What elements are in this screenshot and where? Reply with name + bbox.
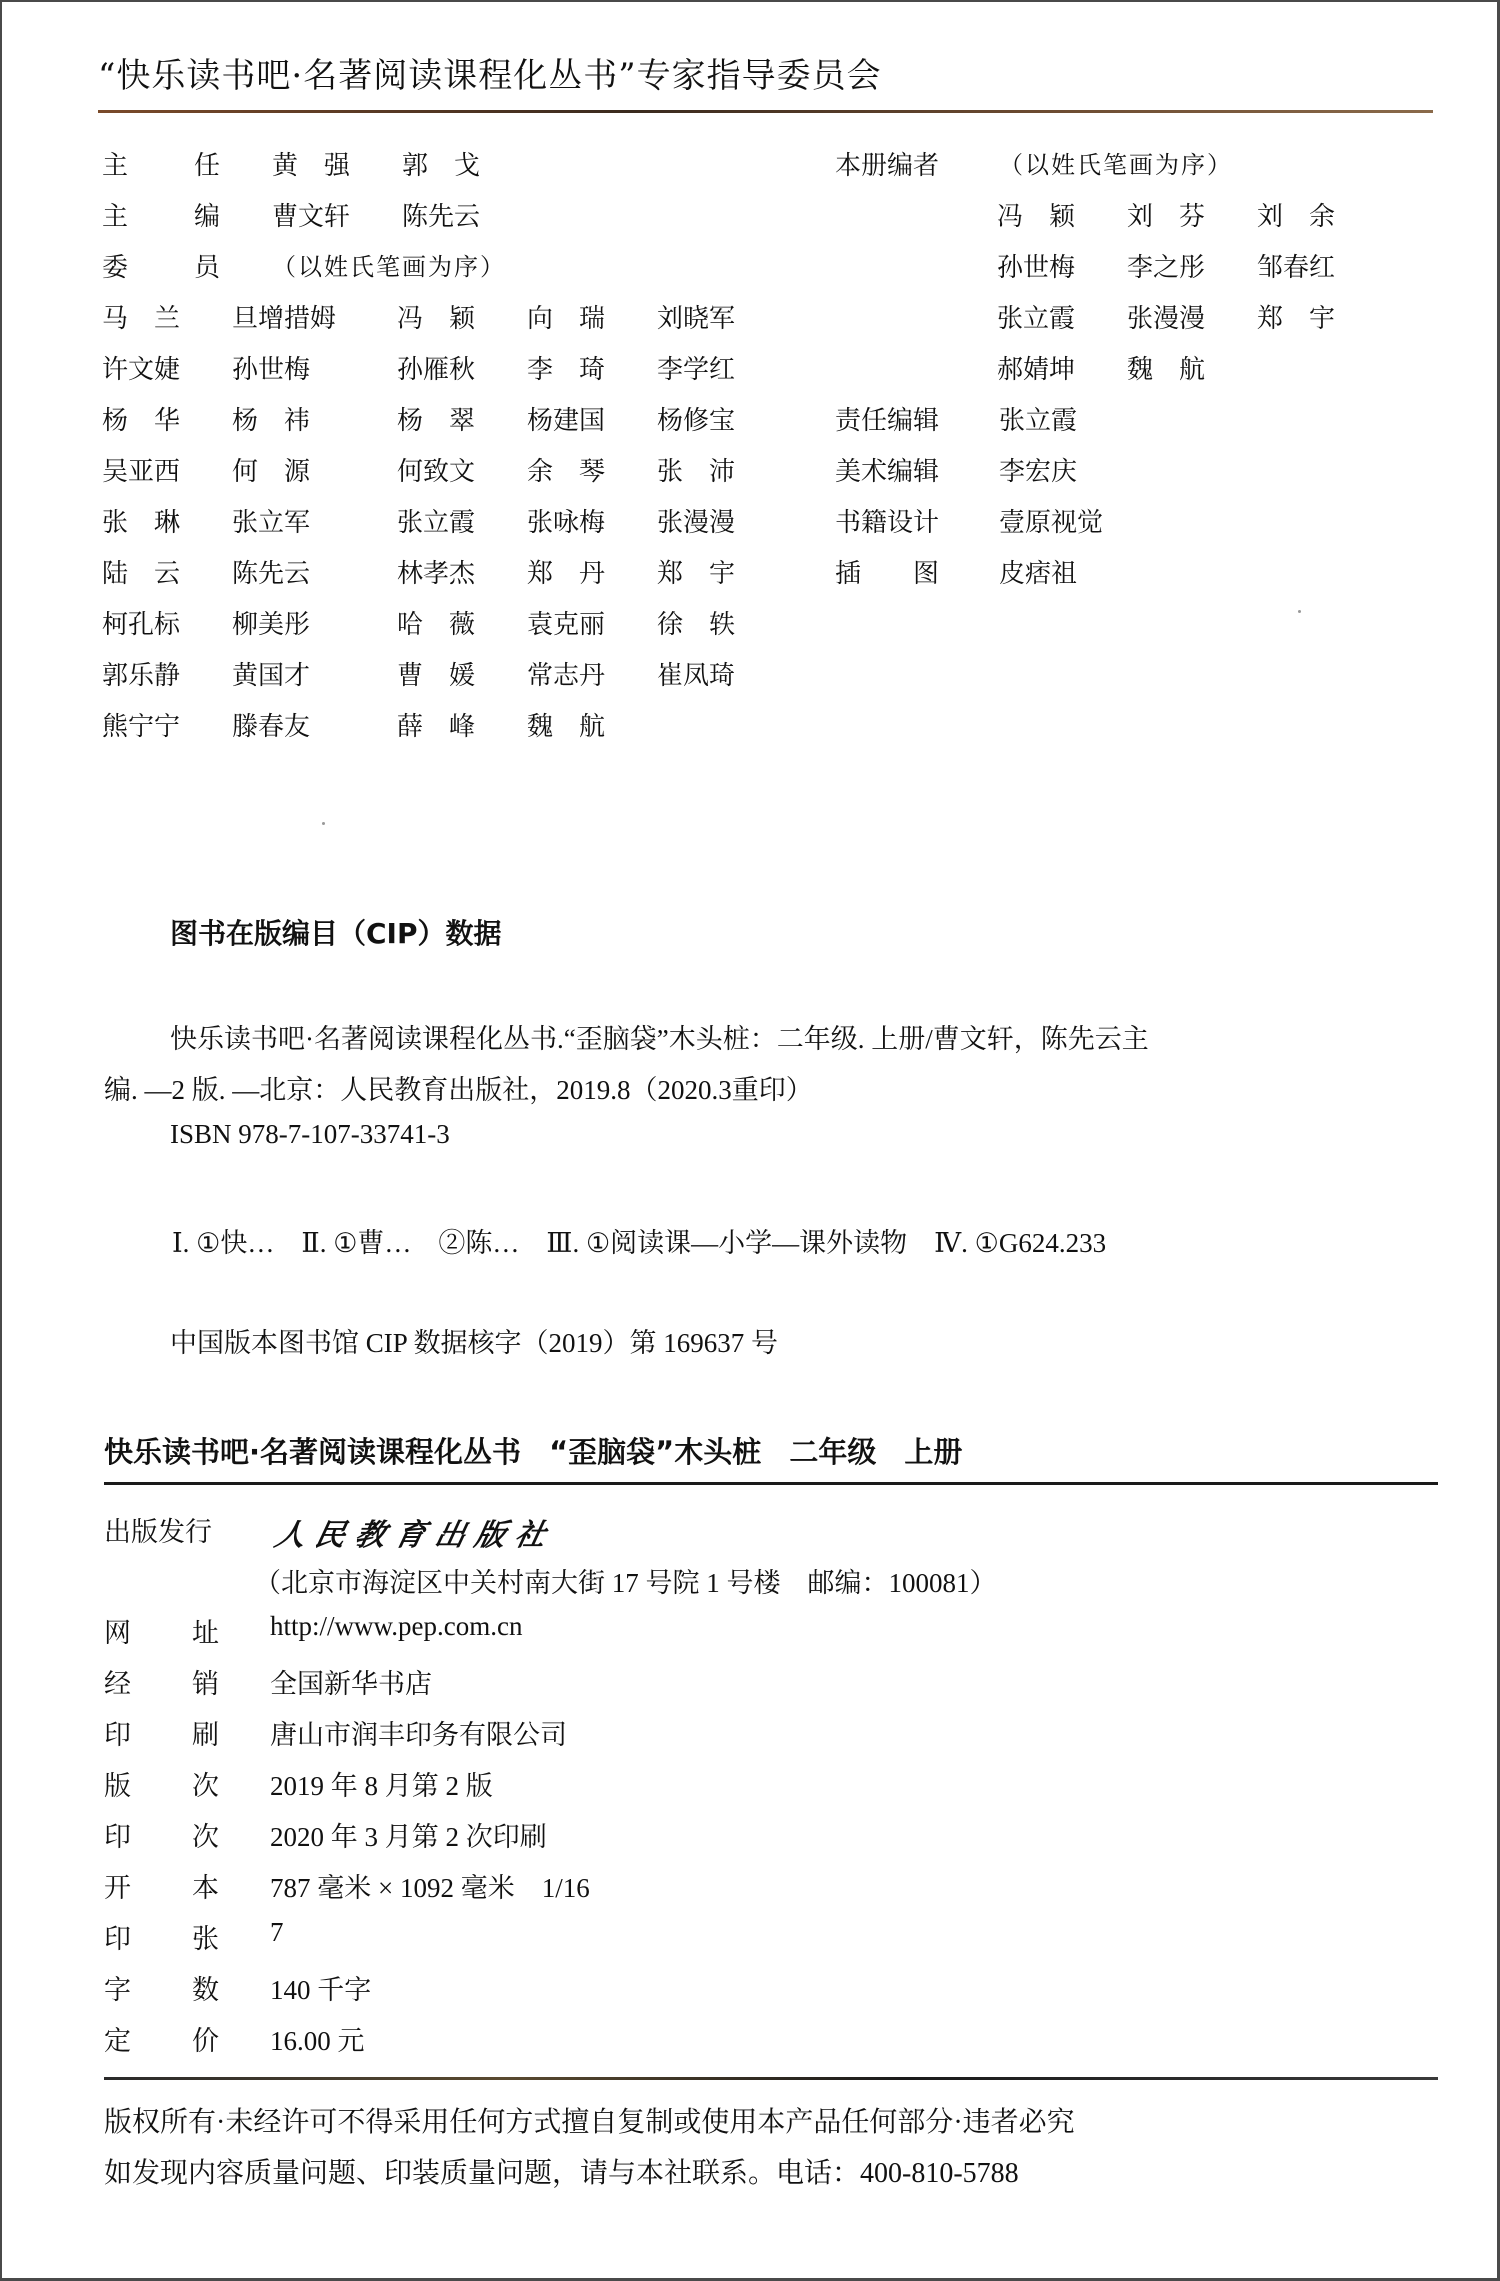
committee-member-name: 张立霞 (397, 502, 475, 539)
committee-member-name: 张 沛 (657, 451, 735, 488)
credit-value: 壹原视觉 (999, 502, 1103, 539)
volume-editor-name: 郑 宇 (1257, 298, 1335, 335)
imprint-value: 140 千字 (270, 1968, 371, 2007)
credit-label: 责任编辑 (835, 400, 939, 437)
director-row: 主任 黄 强 郭 戈 (102, 145, 532, 185)
volume-editors-sort-note: （以姓氏笔画为序） (999, 145, 1233, 185)
name: 陈先云 (402, 196, 532, 236)
chief-editor-label: 主编 (102, 196, 272, 236)
imprint-label: 印次 (104, 1815, 270, 1854)
copyright-notice: 版权所有·未经许可不得采用任何方式擅自复制或使用本产品任何部分·违者必究 (104, 2100, 1075, 2140)
imprint-label: 印刷 (104, 1713, 270, 1752)
committee-member-name: 崔凤琦 (657, 655, 735, 692)
imprint-label: 网址 (104, 1611, 270, 1650)
name: 曹文轩 (272, 196, 402, 236)
credit-value: 皮痞祖 (999, 553, 1077, 590)
imprint-value: 16.00 元 (270, 2019, 365, 2058)
publisher-logo: 人民教育出版社 (271, 1510, 560, 1554)
volume-editor-name: 张立霞 (997, 298, 1075, 335)
committee-member-name: 刘晓军 (657, 298, 735, 335)
committee-member-name: 林孝杰 (397, 553, 475, 590)
committee-member-name: 冯 颖 (397, 298, 475, 335)
imprint-label: 开本 (104, 1866, 270, 1905)
committee-member-name: 张 琳 (102, 502, 180, 539)
imprint-label: 字数 (104, 1968, 270, 2007)
credit-label: 插 图 (835, 553, 939, 590)
volume-editor-name: 刘 余 (1257, 196, 1335, 233)
committee-member-name: 吴亚西 (102, 451, 180, 488)
committee-member-name: 余 琴 (527, 451, 605, 488)
committee-member-name: 马 兰 (102, 298, 180, 335)
scan-speck (1298, 610, 1301, 613)
committee-member-name: 徐 轶 (657, 604, 735, 641)
publisher-label: 出版发行 (104, 1510, 276, 1554)
publisher-row: 出版发行 人民教育出版社 (104, 1510, 556, 1554)
committee-member-name: 郑 丹 (527, 553, 605, 590)
committee-member-name: 张漫漫 (657, 502, 735, 539)
cip-isbn: ISBN 978-7-107-33741-3 (170, 1119, 450, 1150)
committee-member-name: 陈先云 (232, 553, 310, 590)
name: 黄 强 (272, 145, 402, 185)
volume-editor-name: 李之彤 (1127, 247, 1205, 284)
committee-member-name: 曹 媛 (397, 655, 475, 692)
members-sort-note: （以姓氏笔画为序） (272, 247, 506, 287)
committee-member-name: 郑 宇 (657, 553, 735, 590)
volume-editor-name: 邹春红 (1257, 247, 1335, 284)
imprint-label: 版次 (104, 1764, 270, 1803)
credit-value: 张立霞 (999, 400, 1077, 437)
cip-line-1: 快乐读书吧·名著阅读课程化丛书.“歪脑袋”木头桩：二年级. 上册/曹文轩，陈先云… (170, 1017, 1149, 1056)
imprint-value: 7 (270, 1917, 284, 1956)
publisher-address: （北京市海淀区中关村南大街 17 号院 1 号楼 邮编：100081） (254, 1561, 997, 1600)
volume-editors-row: 本册编者 （以姓氏笔画为序） (835, 145, 1233, 185)
committee-member-name: 张立军 (232, 502, 310, 539)
committee-member-name: 杨建国 (527, 400, 605, 437)
imprint-label: 印张 (104, 1917, 270, 1956)
imprint-value: 2019 年 8 月第 2 版 (270, 1764, 493, 1803)
address-text: （北京市海淀区中关村南大街 17 号院 1 号楼 邮编：100081） (254, 1561, 997, 1600)
committee-member-name: 孙雁秋 (397, 349, 475, 386)
committee-member-name: 李 琦 (527, 349, 605, 386)
cip-approval-number: 中国版本图书馆 CIP 数据核字（2019）第 169637 号 (170, 1321, 778, 1360)
imprint-value: http://www.pep.com.cn (270, 1611, 522, 1650)
members-label: 委员 (102, 247, 272, 287)
committee-member-name: 柯孔标 (102, 604, 180, 641)
imprint-row: 印刷唐山市润丰印务有限公司 (104, 1713, 567, 1752)
committee-member-name: 许文婕 (102, 349, 180, 386)
volume-editor-name: 孙世梅 (997, 247, 1075, 284)
committee-member-name: 常志丹 (527, 655, 605, 692)
imprint-value: 全国新华书店 (270, 1662, 432, 1701)
committee-member-name: 杨 翠 (397, 400, 475, 437)
quality-contact: 如发现内容质量问题、印装质量问题，请与本社联系。电话：400-810-5788 (104, 2151, 1019, 2191)
committee-member-name: 杨 华 (102, 400, 180, 437)
footer-divider (104, 2077, 1438, 2080)
volume-editor-name: 刘 芬 (1127, 196, 1205, 233)
cip-title: 图书在版编目（CIP）数据 (170, 912, 502, 952)
committee-member-name: 柳美彤 (232, 604, 310, 641)
cip-line-2: 编. —2 版. —北京：人民教育出版社，2019.8（2020.3重印） (104, 1068, 813, 1107)
credit-value: 李宏庆 (999, 451, 1077, 488)
imprint-label: 经销 (104, 1662, 270, 1701)
volume-editor-name: 张漫漫 (1127, 298, 1205, 335)
name: 郭 戈 (402, 145, 532, 185)
committee-member-name: 魏 航 (527, 706, 605, 743)
volume-editor-name: 冯 颖 (997, 196, 1075, 233)
imprint-label: 定价 (104, 2019, 270, 2058)
imprint-row: 版次2019 年 8 月第 2 版 (104, 1764, 493, 1803)
imprint-row: 印次2020 年 3 月第 2 次印刷 (104, 1815, 547, 1854)
director-label: 主任 (102, 145, 272, 185)
credit-label: 美术编辑 (835, 451, 939, 488)
cip-classification: Ⅰ. ①快… Ⅱ. ①曹… ②陈… Ⅲ. ①阅读课—小学—课外读物 Ⅳ. ①G6… (172, 1221, 1106, 1260)
imprint-divider (104, 1482, 1438, 1485)
imprint-row: 开本787 毫米 × 1092 毫米 1/16 (104, 1866, 590, 1905)
imprint-row: 网址http://www.pep.com.cn (104, 1611, 522, 1650)
committee-member-name: 张咏梅 (527, 502, 605, 539)
header-divider (98, 110, 1433, 113)
book-title: 快乐读书吧·名著阅读课程化丛书 “歪脑袋”木头桩 二年级 上册 (104, 1430, 962, 1471)
volume-editor-name: 魏 航 (1127, 349, 1205, 386)
committee-member-name: 陆 云 (102, 553, 180, 590)
committee-member-name: 何致文 (397, 451, 475, 488)
committee-member-name: 袁克丽 (527, 604, 605, 641)
committee-member-name: 黄国才 (232, 655, 310, 692)
committee-member-name: 李学红 (657, 349, 735, 386)
committee-member-name: 滕春友 (232, 706, 310, 743)
committee-member-name: 杨 祎 (232, 400, 310, 437)
committee-member-name: 杨修宝 (657, 400, 735, 437)
committee-member-name: 旦增措姆 (232, 298, 336, 335)
committee-member-name: 熊宁宁 (102, 706, 180, 743)
volume-editor-name: 郝婧坤 (997, 349, 1075, 386)
committee-member-name: 薛 峰 (397, 706, 475, 743)
committee-title: “快乐读书吧·名著阅读课程化丛书”专家指导委员会 (98, 48, 882, 97)
committee-member-name: 孙世梅 (232, 349, 310, 386)
imprint-value: 2020 年 3 月第 2 次印刷 (270, 1815, 547, 1854)
committee-member-name: 何 源 (232, 451, 310, 488)
committee-member-name: 郭乐静 (102, 655, 180, 692)
imprint-row: 印张7 (104, 1917, 284, 1956)
scan-speck (322, 822, 325, 825)
imprint-row: 经销全国新华书店 (104, 1662, 432, 1701)
chief-editor-row: 主编 曹文轩 陈先云 (102, 196, 532, 236)
committee-member-name: 哈 薇 (397, 604, 475, 641)
volume-editors-label: 本册编者 (835, 145, 999, 185)
imprint-row: 字数140 千字 (104, 1968, 371, 2007)
imprint-row: 定价16.00 元 (104, 2019, 365, 2058)
imprint-value: 787 毫米 × 1092 毫米 1/16 (270, 1866, 590, 1905)
members-row: 委员 （以姓氏笔画为序） (102, 247, 506, 287)
imprint-value: 唐山市润丰印务有限公司 (270, 1713, 567, 1752)
committee-member-name: 向 瑞 (527, 298, 605, 335)
credit-label: 书籍设计 (835, 502, 939, 539)
